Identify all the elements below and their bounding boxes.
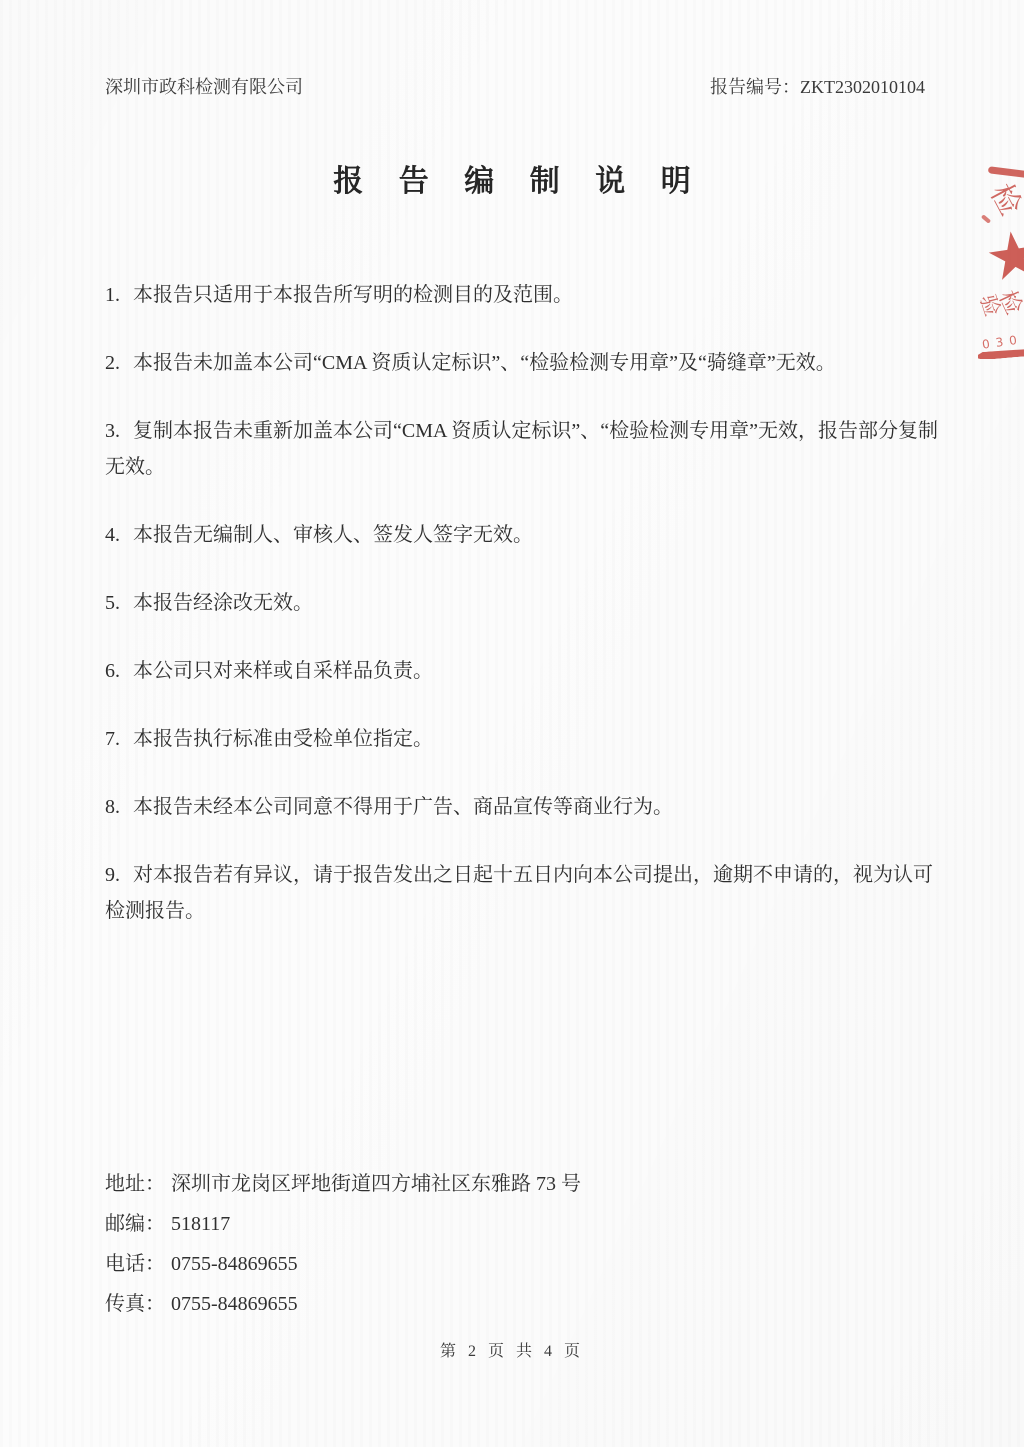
list-item: 5.本报告经涂改无效。: [105, 585, 945, 621]
item-number: 1.: [105, 284, 120, 306]
report-number: 报告编号：ZKT2302010104: [710, 76, 925, 98]
address-row: 地址：深圳市龙岗区坪地街道四方埔社区东雅路 73 号: [105, 1164, 581, 1204]
item-text: 复制本报告未重新加盖本公司“CMA 资质认定标识”、“检验检测专用章”无效，报告…: [105, 420, 938, 478]
page-header: 深圳市政科检测有限公司 报告编号：ZKT2302010104: [105, 76, 925, 98]
list-item: 9.对本报告若有异议，请于报告发出之日起十五日内向本公司提出，逾期不申请的，视为…: [105, 857, 945, 929]
item-number: 5.: [105, 592, 120, 614]
item-number: 7.: [105, 728, 120, 750]
item-text: 本报告未加盖本公司“CMA 资质认定标识”、“检验检测专用章”及“骑缝章”无效。: [133, 352, 836, 374]
item-text: 本报告未经本公司同意不得用于广告、商品宣传等商业行为。: [133, 796, 673, 818]
page-title: 报 告 编 制 说 明: [0, 164, 1024, 200]
item-number: 3.: [105, 420, 120, 442]
page-number: 第 2 页 共 4 页: [0, 1338, 1024, 1361]
item-number: 9.: [105, 864, 120, 886]
list-item: 6.本公司只对来样或自采样品负责。: [105, 653, 945, 689]
list-item: 3.复制本报告未重新加盖本公司“CMA 资质认定标识”、“检验检测专用章”无效，…: [105, 413, 945, 485]
postcode-value: 518117: [171, 1213, 230, 1235]
report-number-value: ZKT2302010104: [800, 77, 925, 97]
report-number-label: 报告编号：: [710, 77, 800, 97]
fax-row: 传真：0755-84869655: [105, 1284, 581, 1324]
address-value: 深圳市龙岗区坪地街道四方埔社区东雅路 73 号: [171, 1173, 581, 1195]
postcode-row: 邮编：518117: [105, 1204, 581, 1244]
star-icon: ★: [978, 223, 1024, 291]
list-item: 2.本报告未加盖本公司“CMA 资质认定标识”、“检验检测专用章”及“骑缝章”无…: [105, 345, 945, 381]
list-item: 7.本报告执行标准由受检单位指定。: [105, 721, 945, 757]
item-text: 本公司只对来样或自采样品负责。: [133, 660, 433, 682]
stamp-digits: 030: [981, 332, 1023, 352]
stamp-mark: [981, 214, 991, 223]
address-label: 地址：: [105, 1173, 165, 1195]
fax-label: 传真：: [105, 1293, 165, 1315]
item-text: 本报告无编制人、审核人、签发人签字无效。: [133, 524, 533, 546]
item-text: 本报告只适用于本报告所写明的检测目的及范围。: [133, 284, 573, 306]
list-item: 8.本报告未经本公司同意不得用于广告、商品宣传等商业行为。: [105, 789, 945, 825]
company-name: 深圳市政科检测有限公司: [105, 76, 303, 98]
stamp-character: 验: [978, 292, 1003, 318]
stamp-character: 检: [995, 287, 1024, 318]
item-number: 8.: [105, 796, 120, 818]
phone-label: 电话：: [105, 1253, 165, 1275]
contact-footer: 地址：深圳市龙岗区坪地街道四方埔社区东雅路 73 号 邮编：518117 电话：…: [105, 1164, 581, 1324]
item-number: 2.: [105, 352, 120, 374]
report-page: 深圳市政科检测有限公司 报告编号：ZKT2302010104 报 告 编 制 说…: [0, 0, 1024, 1447]
item-number: 6.: [105, 660, 120, 682]
item-text: 本报告执行标准由受检单位指定。: [133, 728, 433, 750]
item-text: 本报告经涂改无效。: [133, 592, 313, 614]
instruction-list: 1.本报告只适用于本报告所写明的检测目的及范围。 2.本报告未加盖本公司“CMA…: [105, 277, 945, 961]
phone-value: 0755-84869655: [171, 1253, 298, 1275]
stamp-arc-bottom: [978, 347, 1024, 359]
list-item: 4.本报告无编制人、审核人、签发人签字无效。: [105, 517, 945, 553]
postcode-label: 邮编：: [105, 1213, 165, 1235]
fax-value: 0755-84869655: [171, 1293, 298, 1315]
phone-row: 电话：0755-84869655: [105, 1244, 581, 1284]
item-text: 对本报告若有异议，请于报告发出之日起十五日内向本公司提出，逾期不申请的，视为认可…: [105, 864, 933, 922]
list-item: 1.本报告只适用于本报告所写明的检测目的及范围。: [105, 277, 945, 313]
item-number: 4.: [105, 524, 120, 546]
